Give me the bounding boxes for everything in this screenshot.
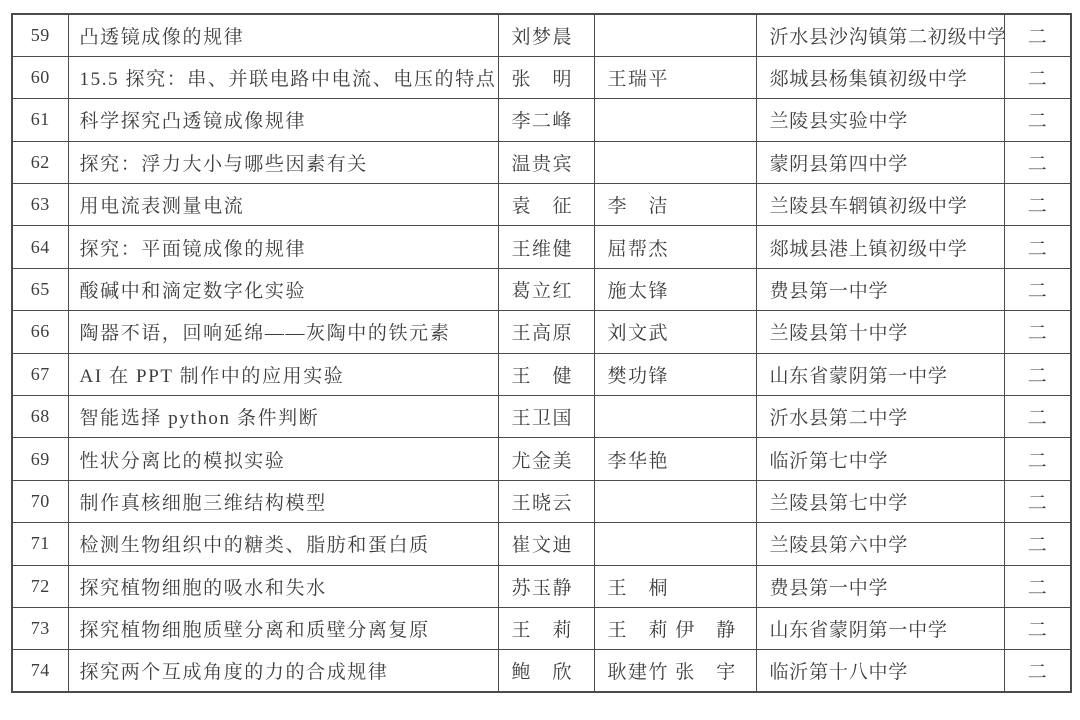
cell-project-title: 性状分离比的模拟实验 [68,438,498,480]
cell-school: 兰陵县第七中学 [756,480,1004,522]
cell-second-author: 李 洁 [594,184,756,226]
cell-second-author [594,396,756,438]
cell-project-title: 探究植物细胞质壁分离和质壁分离复原 [68,607,498,649]
cell-row-number: 64 [12,226,68,268]
cell-grade: 二 [1004,353,1071,395]
award-list-table: 59 凸透镜成像的规律 刘梦晨 沂水县沙沟镇第二初级中学 二 60 15.5 探… [11,13,1072,693]
cell-second-author: 李华艳 [594,438,756,480]
cell-grade: 二 [1004,141,1071,183]
table-row: 60 15.5 探究：串、并联电路中电流、电压的特点 张 明 王瑞平 郯城县杨集… [12,56,1071,98]
table-row: 63 用电流表测量电流 袁 征 李 洁 兰陵县车辋镇初级中学 二 [12,184,1071,226]
cell-grade: 二 [1004,438,1071,480]
cell-school: 沂水县第二中学 [756,396,1004,438]
cell-school: 蒙阴县第四中学 [756,141,1004,183]
table-row: 65 酸碱中和滴定数字化实验 葛立红 施太锋 费县第一中学 二 [12,268,1071,310]
cell-first-author: 王晓云 [498,480,594,522]
cell-row-number: 60 [12,56,68,98]
cell-school: 兰陵县第十中学 [756,311,1004,353]
cell-school: 兰陵县车辋镇初级中学 [756,184,1004,226]
table-row: 71 检测生物组织中的糖类、脂肪和蛋白质 崔文迪 兰陵县第六中学 二 [12,523,1071,565]
cell-grade: 二 [1004,480,1071,522]
cell-project-title: 15.5 探究：串、并联电路中电流、电压的特点 [68,56,498,98]
table-row: 67 AI 在 PPT 制作中的应用实验 王 健 樊功锋 山东省蒙阴第一中学 二 [12,353,1071,395]
cell-second-author: 刘文武 [594,311,756,353]
cell-school: 费县第一中学 [756,565,1004,607]
cell-school: 兰陵县实验中学 [756,99,1004,141]
table-row: 59 凸透镜成像的规律 刘梦晨 沂水县沙沟镇第二初级中学 二 [12,14,1071,56]
cell-row-number: 59 [12,14,68,56]
cell-row-number: 68 [12,396,68,438]
cell-project-title: 科学探究凸透镜成像规律 [68,99,498,141]
cell-second-author: 樊功锋 [594,353,756,395]
cell-first-author: 王卫国 [498,396,594,438]
cell-project-title: 陶器不语，回响延绵——灰陶中的铁元素 [68,311,498,353]
cell-first-author: 苏玉静 [498,565,594,607]
cell-first-author: 王 莉 [498,607,594,649]
cell-grade: 二 [1004,311,1071,353]
cell-row-number: 74 [12,650,68,692]
cell-grade: 二 [1004,184,1071,226]
cell-first-author: 尤金美 [498,438,594,480]
cell-school: 兰陵县第六中学 [756,523,1004,565]
table-row: 69 性状分离比的模拟实验 尤金美 李华艳 临沂第七中学 二 [12,438,1071,480]
cell-grade: 二 [1004,650,1071,692]
cell-second-author: 王 桐 [594,565,756,607]
cell-grade: 二 [1004,226,1071,268]
table-row: 74 探究两个互成角度的力的合成规律 鲍 欣 耿建竹 张 宇 临沂第十八中学 二 [12,650,1071,692]
table-row: 61 科学探究凸透镜成像规律 李二峰 兰陵县实验中学 二 [12,99,1071,141]
cell-first-author: 王高原 [498,311,594,353]
cell-school: 山东省蒙阴第一中学 [756,353,1004,395]
cell-row-number: 70 [12,480,68,522]
table-row: 64 探究：平面镜成像的规律 王维健 屈帮杰 郯城县港上镇初级中学 二 [12,226,1071,268]
cell-project-title: 凸透镜成像的规律 [68,14,498,56]
cell-second-author [594,141,756,183]
cell-row-number: 62 [12,141,68,183]
cell-school: 临沂第七中学 [756,438,1004,480]
table-row: 62 探究：浮力大小与哪些因素有关 温贵宾 蒙阴县第四中学 二 [12,141,1071,183]
table-row: 68 智能选择 python 条件判断 王卫国 沂水县第二中学 二 [12,396,1071,438]
cell-project-title: 检测生物组织中的糖类、脂肪和蛋白质 [68,523,498,565]
cell-first-author: 王 健 [498,353,594,395]
cell-project-title: 酸碱中和滴定数字化实验 [68,268,498,310]
cell-grade: 二 [1004,14,1071,56]
cell-first-author: 鲍 欣 [498,650,594,692]
cell-row-number: 65 [12,268,68,310]
cell-grade: 二 [1004,56,1071,98]
cell-project-title: 探究：平面镜成像的规律 [68,226,498,268]
cell-row-number: 69 [12,438,68,480]
cell-second-author: 王瑞平 [594,56,756,98]
cell-grade: 二 [1004,607,1071,649]
cell-row-number: 73 [12,607,68,649]
cell-first-author: 葛立红 [498,268,594,310]
cell-grade: 二 [1004,565,1071,607]
cell-first-author: 李二峰 [498,99,594,141]
cell-second-author: 屈帮杰 [594,226,756,268]
cell-row-number: 67 [12,353,68,395]
cell-project-title: AI 在 PPT 制作中的应用实验 [68,353,498,395]
cell-project-title: 制作真核细胞三维结构模型 [68,480,498,522]
cell-school: 费县第一中学 [756,268,1004,310]
cell-grade: 二 [1004,268,1071,310]
cell-second-author: 王 莉 伊 静 [594,607,756,649]
cell-project-title: 探究两个互成角度的力的合成规律 [68,650,498,692]
cell-second-author [594,523,756,565]
cell-first-author: 袁 征 [498,184,594,226]
cell-second-author: 施太锋 [594,268,756,310]
cell-school: 沂水县沙沟镇第二初级中学 [756,14,1004,56]
cell-first-author: 刘梦晨 [498,14,594,56]
cell-grade: 二 [1004,99,1071,141]
cell-school: 郯城县杨集镇初级中学 [756,56,1004,98]
cell-second-author [594,480,756,522]
cell-grade: 二 [1004,523,1071,565]
cell-second-author: 耿建竹 张 宇 [594,650,756,692]
table-body: 59 凸透镜成像的规律 刘梦晨 沂水县沙沟镇第二初级中学 二 60 15.5 探… [12,14,1071,692]
cell-first-author: 温贵宾 [498,141,594,183]
table-row: 66 陶器不语，回响延绵——灰陶中的铁元素 王高原 刘文武 兰陵县第十中学 二 [12,311,1071,353]
cell-row-number: 71 [12,523,68,565]
cell-first-author: 王维健 [498,226,594,268]
cell-school: 山东省蒙阴第一中学 [756,607,1004,649]
cell-project-title: 智能选择 python 条件判断 [68,396,498,438]
cell-grade: 二 [1004,396,1071,438]
cell-school: 郯城县港上镇初级中学 [756,226,1004,268]
document-page: 59 凸透镜成像的规律 刘梦晨 沂水县沙沟镇第二初级中学 二 60 15.5 探… [0,0,1080,720]
cell-row-number: 61 [12,99,68,141]
cell-first-author: 崔文迪 [498,523,594,565]
cell-first-author: 张 明 [498,56,594,98]
cell-row-number: 72 [12,565,68,607]
cell-project-title: 用电流表测量电流 [68,184,498,226]
table-row: 70 制作真核细胞三维结构模型 王晓云 兰陵县第七中学 二 [12,480,1071,522]
cell-second-author [594,14,756,56]
cell-row-number: 66 [12,311,68,353]
table-row: 72 探究植物细胞的吸水和失水 苏玉静 王 桐 费县第一中学 二 [12,565,1071,607]
cell-school: 临沂第十八中学 [756,650,1004,692]
cell-row-number: 63 [12,184,68,226]
table-row: 73 探究植物细胞质壁分离和质壁分离复原 王 莉 王 莉 伊 静 山东省蒙阴第一… [12,607,1071,649]
cell-project-title: 探究：浮力大小与哪些因素有关 [68,141,498,183]
cell-second-author [594,99,756,141]
cell-project-title: 探究植物细胞的吸水和失水 [68,565,498,607]
